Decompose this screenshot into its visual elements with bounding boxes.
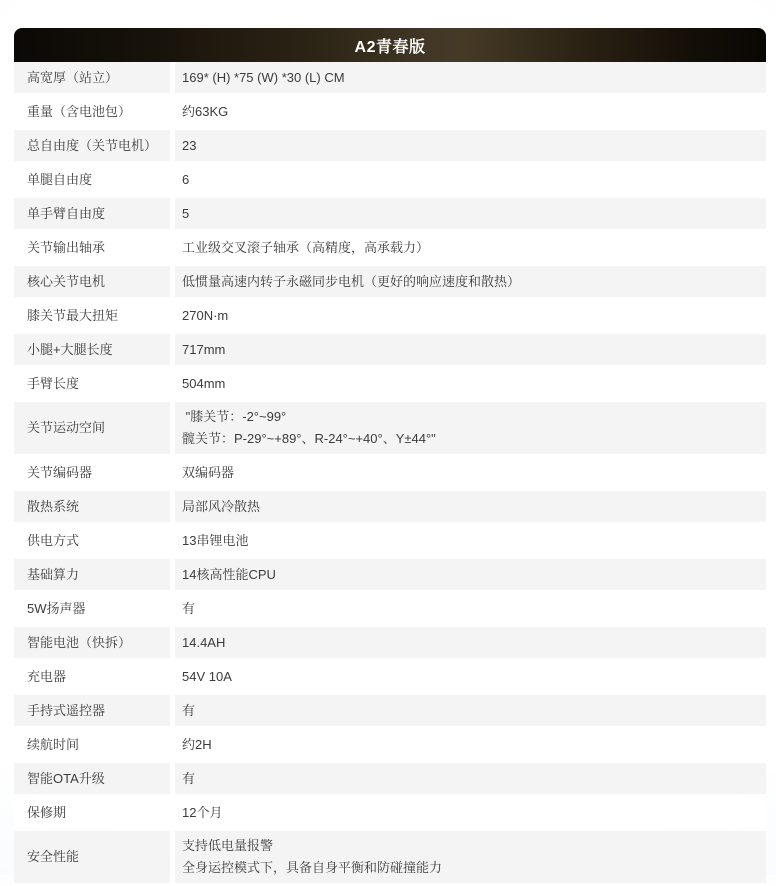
spec-value: 13串锂电池 bbox=[175, 525, 766, 556]
spec-label: 手臂长度 bbox=[14, 368, 170, 399]
spec-label: 续航时间 bbox=[14, 729, 170, 760]
spec-value: 169* (H) *75 (W) *30 (L) CM bbox=[175, 62, 766, 93]
spec-label: 手持式遥控器 bbox=[14, 695, 170, 726]
spec-label: 小腿+大腿长度 bbox=[14, 334, 170, 365]
spec-value: 14核高性能CPU bbox=[175, 559, 766, 590]
spec-row: 关节运动空间 "膝关节：-2°~99° 髋关节：P-29°~+89°、R-24°… bbox=[14, 402, 766, 454]
spec-label: 单腿自由度 bbox=[14, 164, 170, 195]
spec-value: 270N·m bbox=[175, 300, 766, 331]
spec-value: 6 bbox=[175, 164, 766, 195]
spec-value: 12个月 bbox=[175, 797, 766, 828]
spec-row: 安全性能 支持低电量报警 全身运控模式下，具备自身平衡和防碰撞能力 bbox=[14, 831, 766, 875]
spec-row: 散热系统 局部风冷散热 bbox=[14, 491, 766, 522]
spec-label: 膝关节最大扭矩 bbox=[14, 300, 170, 331]
spec-row: 关节编码器 双编码器 bbox=[14, 457, 766, 488]
spec-row: 单腿自由度 6 bbox=[14, 164, 766, 195]
spec-row: 核心关节电机 低惯量高速内转子永磁同步电机（更好的响应速度和散热） bbox=[14, 266, 766, 297]
spec-value: 约63KG bbox=[175, 96, 766, 127]
spec-label: 供电方式 bbox=[14, 525, 170, 556]
spec-label: 充电器 bbox=[14, 661, 170, 692]
spec-value: 5 bbox=[175, 198, 766, 229]
spec-value: 低惯量高速内转子永磁同步电机（更好的响应速度和散热） bbox=[175, 266, 766, 297]
spec-row: 总自由度（关节电机） 23 bbox=[14, 130, 766, 161]
spec-label: 智能OTA升级 bbox=[14, 763, 170, 794]
spec-row: 智能OTA升级 有 bbox=[14, 763, 766, 794]
spec-value: 有 bbox=[175, 695, 766, 726]
spec-row: 供电方式 13串锂电池 bbox=[14, 525, 766, 556]
spec-label: 高宽厚（站立） bbox=[14, 62, 170, 93]
spec-label: 关节输出轴承 bbox=[14, 232, 170, 263]
spec-label: 单手臂自由度 bbox=[14, 198, 170, 229]
spec-label: 基础算力 bbox=[14, 559, 170, 590]
spec-label: 关节运动空间 bbox=[14, 402, 170, 454]
spec-value: 有 bbox=[175, 763, 766, 794]
spec-row: 5W扬声器 有 bbox=[14, 593, 766, 624]
spec-value: 23 bbox=[175, 130, 766, 161]
spec-label: 安全性能 bbox=[14, 831, 170, 875]
spec-value: 约2H bbox=[175, 729, 766, 760]
spec-value: 54V 10A bbox=[175, 661, 766, 692]
spec-value: 717mm bbox=[175, 334, 766, 365]
spec-row: 高宽厚（站立） 169* (H) *75 (W) *30 (L) CM bbox=[14, 62, 766, 93]
spec-row: 保修期 12个月 bbox=[14, 797, 766, 828]
spec-label: 重量（含电池包） bbox=[14, 96, 170, 127]
spec-value: 有 bbox=[175, 593, 766, 624]
spec-table: 高宽厚（站立） 169* (H) *75 (W) *30 (L) CM 重量（含… bbox=[14, 62, 766, 875]
spec-label: 保修期 bbox=[14, 797, 170, 828]
spec-row: 膝关节最大扭矩 270N·m bbox=[14, 300, 766, 331]
spec-row: 关节输出轴承 工业级交叉滚子轴承（高精度，高承载力） bbox=[14, 232, 766, 263]
spec-value: "膝关节：-2°~99° 髋关节：P-29°~+89°、R-24°~+40°、Y… bbox=[175, 402, 766, 454]
spec-value: 局部风冷散热 bbox=[175, 491, 766, 522]
spec-row: 小腿+大腿长度 717mm bbox=[14, 334, 766, 365]
spec-row: 手臂长度 504mm bbox=[14, 368, 766, 399]
spec-value: 14.4AH bbox=[175, 627, 766, 658]
table-header: A2青春版 bbox=[14, 28, 766, 62]
spec-label: 关节编码器 bbox=[14, 457, 170, 488]
spec-row: 智能电池（快拆） 14.4AH bbox=[14, 627, 766, 658]
spec-row: 充电器 54V 10A bbox=[14, 661, 766, 692]
spec-row: 重量（含电池包） 约63KG bbox=[14, 96, 766, 127]
spec-value: 双编码器 bbox=[175, 457, 766, 488]
spec-value: 工业级交叉滚子轴承（高精度，高承载力） bbox=[175, 232, 766, 263]
spec-label: 核心关节电机 bbox=[14, 266, 170, 297]
spec-row: 手持式遥控器 有 bbox=[14, 695, 766, 726]
spec-label: 总自由度（关节电机） bbox=[14, 130, 170, 161]
spec-row: 单手臂自由度 5 bbox=[14, 198, 766, 229]
spec-label: 5W扬声器 bbox=[14, 593, 170, 624]
spec-card: A2青春版 高宽厚（站立） 169* (H) *75 (W) *30 (L) C… bbox=[14, 28, 766, 875]
spec-label: 散热系统 bbox=[14, 491, 170, 522]
spec-label: 智能电池（快拆） bbox=[14, 627, 170, 658]
table-title: A2青春版 bbox=[355, 34, 426, 57]
spec-row: 基础算力 14核高性能CPU bbox=[14, 559, 766, 590]
spec-value: 支持低电量报警 全身运控模式下，具备自身平衡和防碰撞能力 bbox=[175, 831, 766, 875]
spec-value: 504mm bbox=[175, 368, 766, 399]
spec-row: 续航时间 约2H bbox=[14, 729, 766, 760]
